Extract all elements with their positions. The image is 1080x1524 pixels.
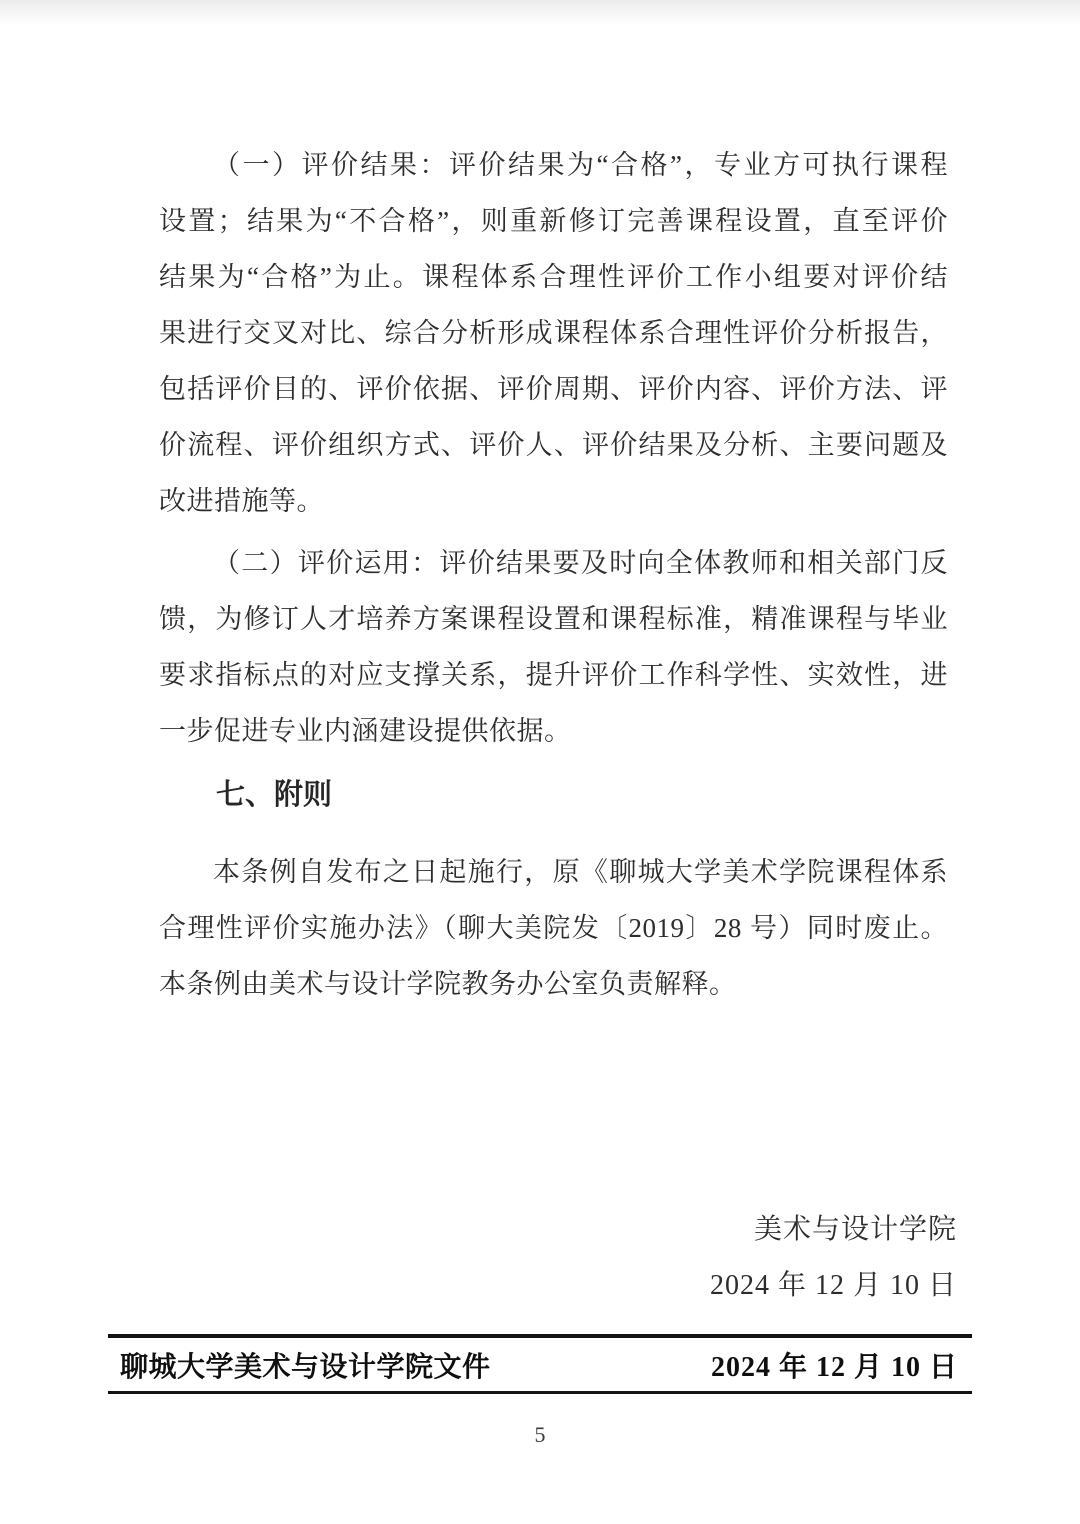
- paragraph-evaluation-usage: （二）评价运用：评价结果要及时向全体教师和相关部门反 馈，为修订人才培养方案课程…: [159, 535, 948, 759]
- signature-block: 美术与设计学院 2024 年 12 月 10 日: [710, 1202, 957, 1314]
- document-footer-bar: 聊城大学美术与设计学院文件 2024 年 12 月 10 日: [108, 1334, 972, 1394]
- paragraph-line: 要求指标点的对应支撑关系，提升评价工作科学性、实效性，进: [159, 647, 948, 703]
- document-body: （一）评价结果：评价结果为“合格”，专业方可执行课程 设置；结果为“不合格”，则…: [159, 137, 948, 1012]
- paragraph-line: 包括评价目的、评价依据、评价周期、评价内容、评价方法、评: [159, 361, 948, 417]
- paragraph-line: 结果为“合格”为止。课程体系合理性评价工作小组要对评价结: [159, 249, 948, 305]
- paragraph-line: 果进行交叉对比、综合分析形成课程体系合理性评价分析报告，: [159, 305, 948, 361]
- paragraph-line: 馈，为修订人才培养方案课程设置和课程标准，精准课程与毕业: [159, 591, 948, 647]
- paragraph-line: 本条例自发布之日起施行，原《聊城大学美术学院课程体系: [159, 844, 948, 900]
- paragraph-line: 改进措施等。: [159, 473, 948, 529]
- signature-date: 2024 年 12 月 10 日: [710, 1258, 957, 1314]
- signature-organization: 美术与设计学院: [710, 1202, 957, 1258]
- scan-edge-shadow: [0, 0, 1080, 26]
- footer-date: 2024 年 12 月 10 日: [711, 1345, 958, 1385]
- page-number: 5: [0, 1422, 1080, 1448]
- footer-document-title: 聊城大学美术与设计学院文件: [120, 1345, 491, 1385]
- section-heading-supplementary: 七、附则: [159, 767, 948, 823]
- paragraph-line: （一）评价结果：评价结果为“合格”，专业方可执行课程: [159, 137, 948, 193]
- paragraph-line: 一步促进专业内涵建设提供依据。: [159, 703, 948, 759]
- paragraph-line: 合理性评价实施办法》（聊大美院发〔2019〕28 号）同时废止。: [159, 900, 948, 956]
- paragraph-line: 设置；结果为“不合格”，则重新修订完善课程设置，直至评价: [159, 193, 948, 249]
- paragraph-supplementary: 本条例自发布之日起施行，原《聊城大学美术学院课程体系 合理性评价实施办法》（聊大…: [159, 844, 948, 1012]
- paragraph-line: 价流程、评价组织方式、评价人、评价结果及分析、主要问题及: [159, 417, 948, 473]
- paragraph-line: （二）评价运用：评价结果要及时向全体教师和相关部门反: [159, 535, 948, 591]
- paragraph-line: 本条例由美术与设计学院教务办公室负责解释。: [159, 956, 948, 1012]
- paragraph-evaluation-results: （一）评价结果：评价结果为“合格”，专业方可执行课程 设置；结果为“不合格”，则…: [159, 137, 948, 529]
- document-page: （一）评价结果：评价结果为“合格”，专业方可执行课程 设置；结果为“不合格”，则…: [0, 0, 1080, 1524]
